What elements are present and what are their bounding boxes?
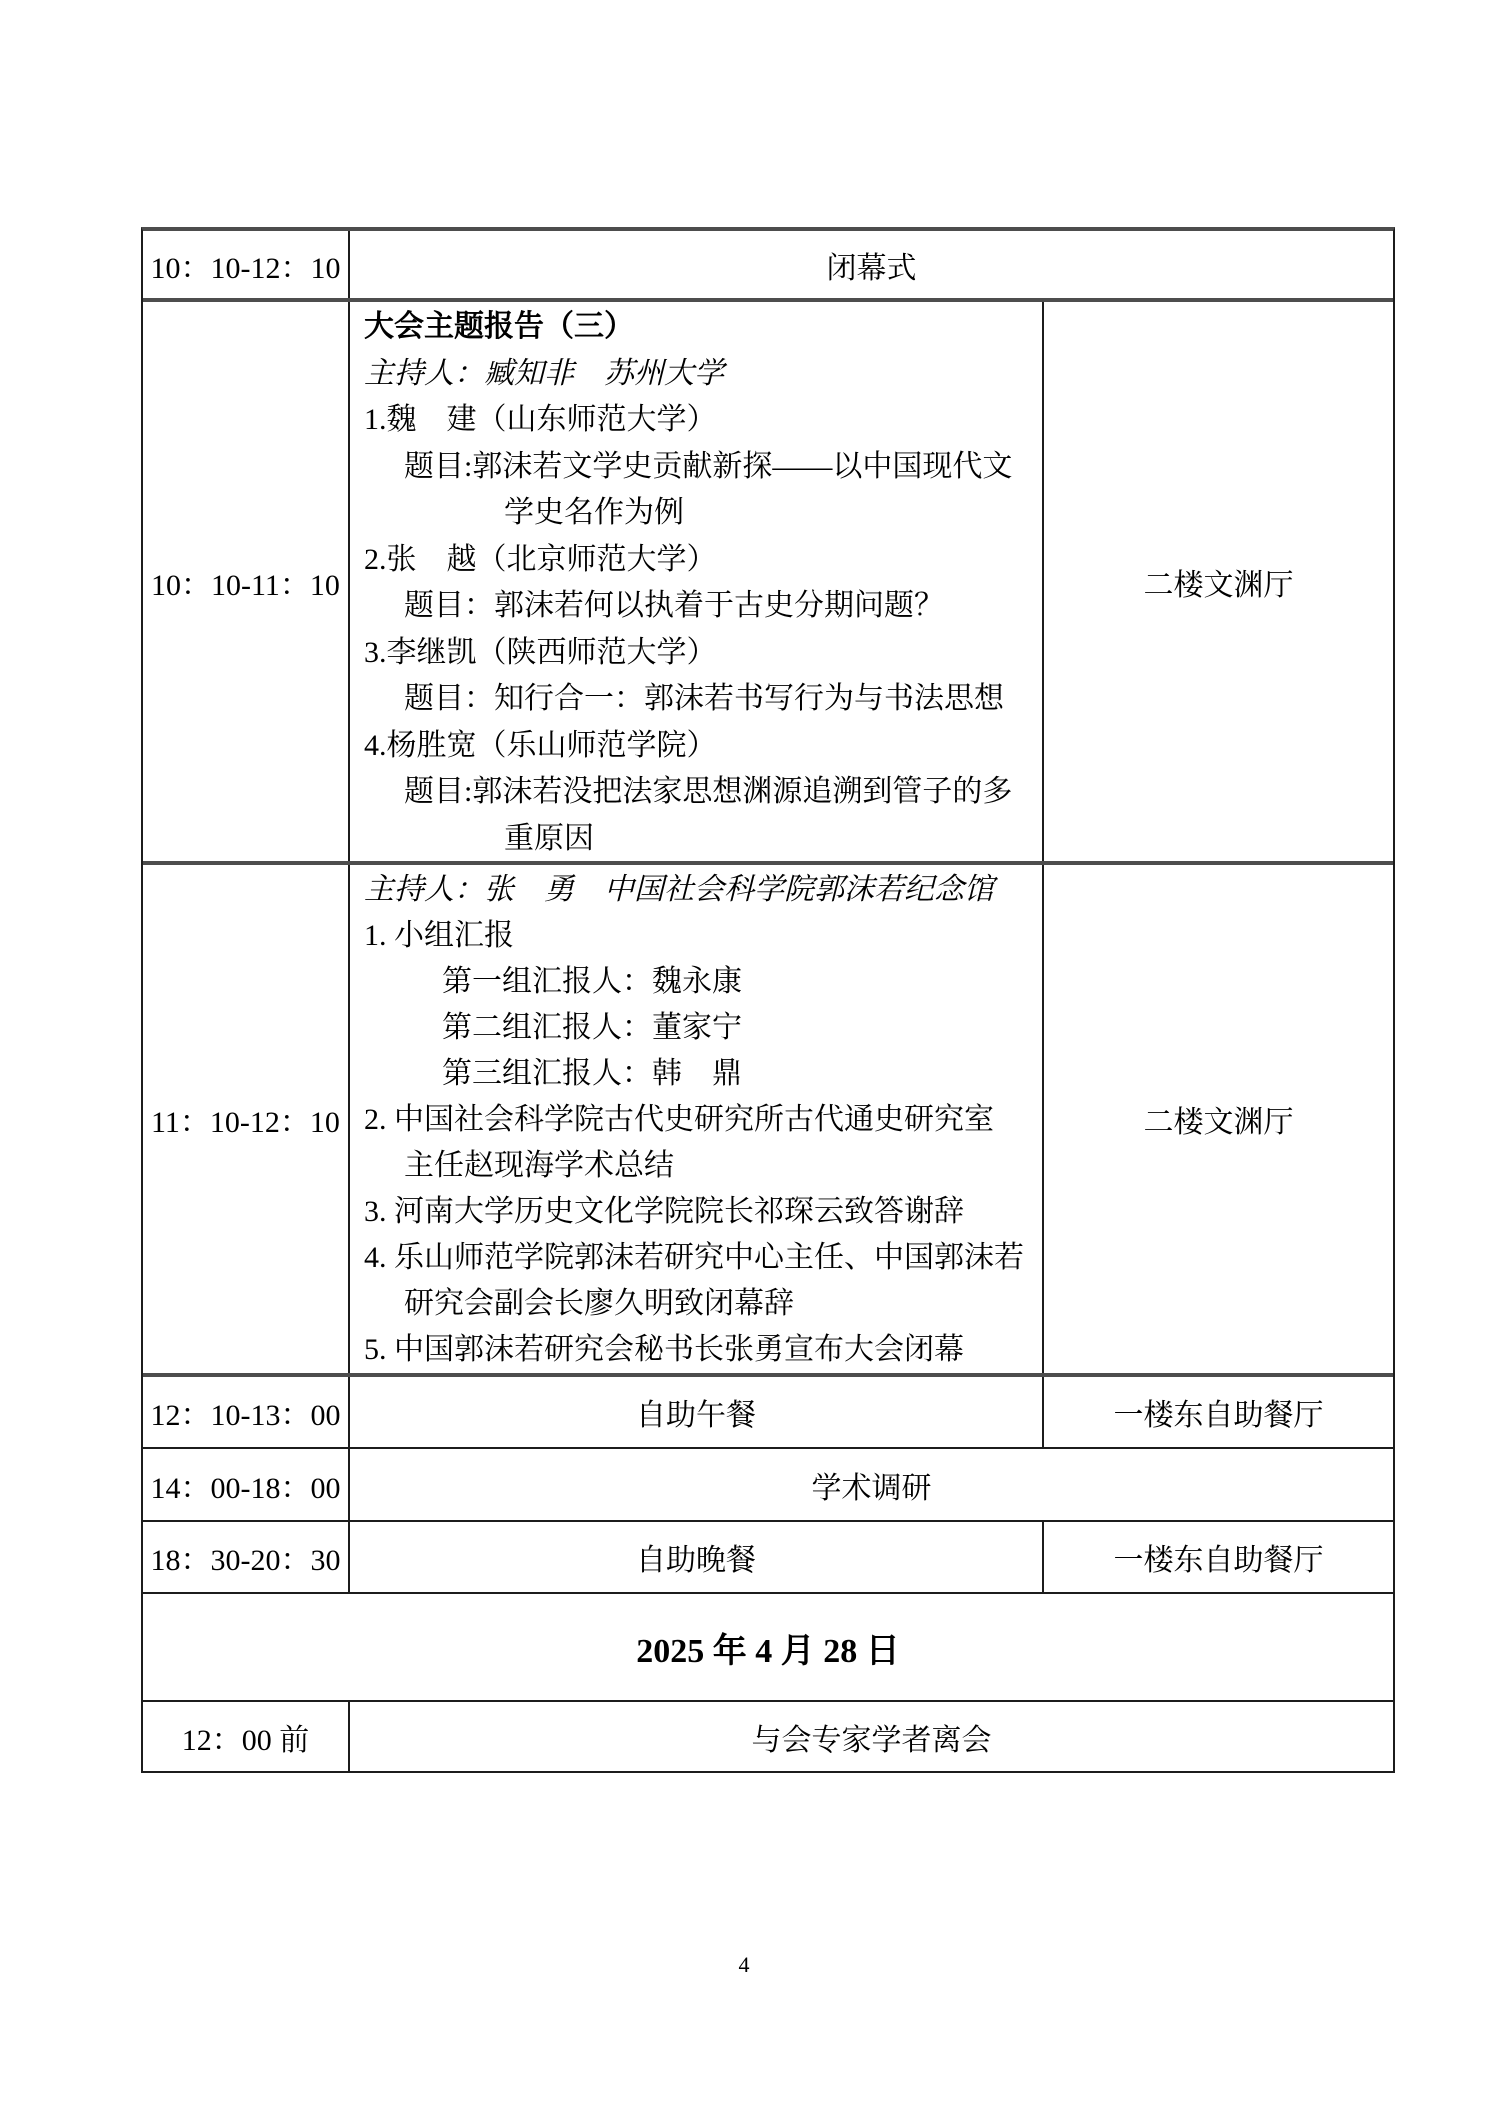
event-cell: 自助午餐 (350, 1377, 1044, 1447)
time-cell: 11：10-12：10 (143, 865, 350, 1373)
content-line: 重原因 (364, 816, 1042, 863)
content-line: 2.张 越（北京师范大学） (364, 537, 1042, 584)
content-line: 主任赵现海学术总结 (364, 1143, 1042, 1189)
location-cell: 一楼东自助餐厅 (1044, 1377, 1393, 1447)
location-cell: 一楼东自助餐厅 (1044, 1522, 1393, 1592)
content-line: 2. 中国社会科学院古代史研究所古代通史研究室 (364, 1097, 1042, 1143)
event-text: 闭幕式 (827, 243, 917, 287)
event-cell: 与会专家学者离会 (350, 1702, 1393, 1771)
content-line: 5. 中国郭沫若研究会秘书长张勇宣布大会闭幕 (364, 1327, 1042, 1373)
location-text: 一楼东自助餐厅 (1114, 1535, 1324, 1579)
table-row: 12：00 前 与会专家学者离会 (143, 1702, 1393, 1771)
table-row: 18：30-20：30 自助晚餐 一楼东自助餐厅 (143, 1522, 1393, 1594)
time-cell: 18：30-20：30 (143, 1522, 350, 1592)
table-row: 11：10-12：10 主持人：张 勇 中国社会科学院郭沫若纪念馆 1. 小组汇… (143, 865, 1393, 1377)
event-text: 与会专家学者离会 (752, 1715, 992, 1759)
event-text: 自助午餐 (636, 1390, 756, 1434)
date-header: 2025 年 4 月 28 日 (143, 1594, 1393, 1700)
content-line: 3.李继凯（陕西师范大学） (364, 630, 1042, 677)
content-line: 1. 小组汇报 (364, 913, 1042, 959)
time-text: 12：00 前 (182, 1715, 310, 1759)
session-content-cell: 大会主题报告（三） 主持人：臧知非 苏州大学 1.魏 建（山东师范大学） 题目:… (350, 302, 1044, 861)
time-text: 10：10-12：10 (151, 243, 341, 287)
table-row: 10：10-12：10 闭幕式 (143, 231, 1393, 302)
time-text: 11：10-12：10 (151, 1097, 340, 1141)
session-host: 主持人：张 勇 中国社会科学院郭沫若纪念馆 (364, 867, 1042, 913)
content-line: 第一组汇报人：魏永康 (364, 959, 1042, 1005)
content-line: 第三组汇报人：韩 鼎 (364, 1051, 1042, 1097)
date-header-row: 2025 年 4 月 28 日 (143, 1594, 1393, 1702)
document-page: 10：10-12：10 闭幕式 10：10-11：10 大会主题报告（三） 主持… (0, 0, 1488, 2105)
page-number: 4 (0, 1952, 1488, 1978)
event-text: 学术调研 (812, 1463, 932, 1507)
location-text: 二楼文渊厅 (1144, 560, 1294, 604)
event-text: 自助晚餐 (636, 1535, 756, 1579)
content-line: 4.杨胜宽（乐山师范学院） (364, 723, 1042, 770)
session-content-cell: 主持人：张 勇 中国社会科学院郭沫若纪念馆 1. 小组汇报 第一组汇报人：魏永康… (350, 865, 1044, 1373)
time-text: 18：30-20：30 (151, 1535, 341, 1579)
time-cell: 14：00-18：00 (143, 1449, 350, 1520)
location-cell: 二楼文渊厅 (1044, 865, 1393, 1373)
schedule-table: 10：10-12：10 闭幕式 10：10-11：10 大会主题报告（三） 主持… (141, 227, 1395, 1773)
session-host: 主持人：臧知非 苏州大学 (364, 351, 1042, 398)
content-line: 题目:郭沫若文学史贡献新探——以中国现代文 (364, 444, 1042, 491)
date-text: 2025 年 4 月 28 日 (636, 1623, 900, 1672)
time-text: 12：10-13：00 (151, 1390, 341, 1434)
location-text: 二楼文渊厅 (1144, 1097, 1294, 1141)
time-text: 10：10-11：10 (151, 560, 340, 604)
event-cell: 闭幕式 (350, 231, 1393, 298)
time-cell: 10：10-11：10 (143, 302, 350, 861)
content-line: 3. 河南大学历史文化学院院长祁琛云致答谢辞 (364, 1189, 1042, 1235)
table-row: 12：10-13：00 自助午餐 一楼东自助餐厅 (143, 1377, 1393, 1449)
event-cell: 学术调研 (350, 1449, 1393, 1520)
content-line: 研究会副会长廖久明致闭幕辞 (364, 1281, 1042, 1327)
content-line: 第二组汇报人：董家宁 (364, 1005, 1042, 1051)
location-text: 一楼东自助餐厅 (1114, 1390, 1324, 1434)
session-title: 大会主题报告（三） (364, 304, 1042, 351)
time-cell: 10：10-12：10 (143, 231, 350, 298)
time-cell: 12：10-13：00 (143, 1377, 350, 1447)
content-line: 题目：知行合一：郭沫若书写行为与书法思想 (364, 676, 1042, 723)
content-line: 学史名作为例 (364, 490, 1042, 537)
content-line: 题目：郭沫若何以执着于古史分期问题？ (364, 583, 1042, 630)
content-line: 题目:郭沫若没把法家思想渊源追溯到管子的多 (364, 769, 1042, 816)
table-row: 10：10-11：10 大会主题报告（三） 主持人：臧知非 苏州大学 1.魏 建… (143, 302, 1393, 865)
content-line: 4. 乐山师范学院郭沫若研究中心主任、中国郭沫若 (364, 1235, 1042, 1281)
time-text: 14：00-18：00 (151, 1463, 341, 1507)
table-row: 14：00-18：00 学术调研 (143, 1449, 1393, 1522)
time-cell: 12：00 前 (143, 1702, 350, 1771)
event-cell: 自助晚餐 (350, 1522, 1044, 1592)
location-cell: 二楼文渊厅 (1044, 302, 1393, 861)
content-line: 1.魏 建（山东师范大学） (364, 397, 1042, 444)
